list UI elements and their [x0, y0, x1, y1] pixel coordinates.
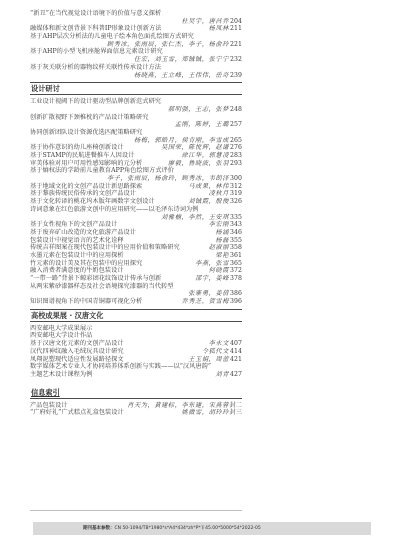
article-title[interactable]: 基于女性视角下的文创产品设计: [30, 221, 117, 229]
toc-entry[interactable]: 传统吉祥图案在现代包装设计中的应用价值和策略研究赵淑丽358: [30, 244, 242, 252]
article-authors: 凌秋月: [209, 190, 229, 198]
article-page-number: 293: [230, 160, 242, 168]
article-authors: 杨晓燕，王立峰，王伟伟，岳奇: [134, 72, 229, 80]
article-title[interactable]: “广府好礼”广式糕点礼盒包装设计: [30, 409, 124, 417]
article-page-number: 346: [230, 229, 242, 237]
article-authors: 徐江华，郭慧凌: [181, 152, 229, 160]
toc-entry[interactable]: 融入消费者满意度的牛奶包装设计何晓霞372: [30, 267, 242, 275]
article-authors: 李宏刚: [209, 221, 229, 229]
toc-entry-title-line: 基于熵权法的学龄前儿童教育APP角色绘图方式评价: [30, 167, 242, 175]
article-title[interactable]: 基于黎族传统民俗传承的文创产品设计: [30, 190, 136, 198]
article-authors: 孟刚，陈婷，王璐: [175, 121, 229, 129]
article-page-number: 407: [230, 340, 242, 348]
toc-entry[interactable]: 创新扩散视野下颈椎枕的产品设计策略研究孟刚，陈婷，王璐257: [30, 114, 242, 129]
toc-entry[interactable]: 基于黎族传统民俗传承的文创产品设计凌秋月319: [30, 190, 242, 198]
article-title[interactable]: “一带一路”背景下鲸彩团花纹饰设计传承与创新: [30, 275, 161, 283]
article-title[interactable]: 基于熵权法的学龄前儿童教育APP角色绘图方式评价: [30, 167, 174, 175]
toc-entry-title-line: 工业设计视阈下的设计驱动型品牌创新范式研究: [30, 98, 242, 106]
toc-entry-title-line: “新丑”在当代视觉设计语境下的价值与意义探析: [30, 10, 242, 18]
article-page-number: 319: [230, 190, 242, 198]
toc-entry[interactable]: 诗词意象在红色旅游文创中的应用研究——以毛泽东诗词为例刘雅楠，李然，王安琪335: [30, 206, 242, 221]
toc-entry-author-line: 杨晓燕，王立峰，王伟伟，岳奇239: [30, 72, 242, 80]
toc-entry[interactable]: 基于协作意识的幼儿座椅创新设计吴国荣，陈悦辉，赵谦276: [30, 144, 242, 152]
article-title[interactable]: 主题艺术设计课程为例: [30, 371, 92, 379]
article-authors: 杨凤林: [209, 25, 229, 33]
article-title[interactable]: 西安邮电大学设计作品: [30, 332, 92, 340]
article-page-number: 211: [230, 25, 242, 33]
toc-entry-author-line: 任宏，刘玉雪，郑铖铖，张宁宁232: [30, 56, 242, 64]
toc-entry[interactable]: 基于灰关联分析的器物纹样关联性传承设计方法杨晓燕，王立峰，王伟伟，岳奇239: [30, 64, 242, 79]
toc-entry[interactable]: 水墨元素在包装设计中的应用探析梁艳361: [30, 252, 242, 260]
article-authors: 刘青: [215, 371, 229, 379]
article-page-number: 326: [230, 198, 242, 206]
article-title[interactable]: 传统吉祥图案在现代包装设计中的应用价值和策略研究: [30, 244, 180, 252]
article-authors: 乔秀芝，贺雪梅: [181, 298, 229, 306]
article-title[interactable]: 工业设计视阈下的设计驱动型品牌创新范式研究: [30, 98, 161, 106]
article-authors: 李永文: [209, 340, 229, 348]
toc-entry[interactable]: 基于女性视角下的文创产品设计李宏刚343: [30, 221, 242, 229]
article-page-number: 312: [230, 183, 242, 191]
article-page-number: 427: [230, 371, 242, 379]
article-authors: 刘铖霞，殷俊: [188, 198, 229, 206]
article-title[interactable]: 基于废弃矿山改造的文化旅游产品设计: [30, 229, 136, 237]
article-authors: 杨涵: [215, 229, 229, 237]
article-title[interactable]: 基于文化转译的桃花坞木版年画数字文创设计: [30, 198, 155, 206]
article-authors: 赵淑丽: [209, 244, 229, 252]
section-heading: 设计研讨: [30, 82, 242, 95]
article-authors: 何晓霞: [209, 267, 229, 275]
article-page-number: 239: [230, 72, 242, 80]
article-authors: 廖毅，鲁晓波，张羽: [168, 160, 229, 168]
toc-entry[interactable]: “广府好礼”广式糕点礼盒包装设计姚微雪，胡玲玲封三: [30, 409, 242, 417]
article-page-number: 221: [230, 41, 242, 49]
article-authors: 任宏，刘玉雪，郑铖铖，张宁宁: [134, 56, 229, 64]
article-title[interactable]: 水墨元素在包装设计中的应用探析: [30, 252, 124, 260]
article-page-number: 358: [230, 244, 242, 252]
article-title[interactable]: 基于STAMP的民航进餐推车人因设计: [30, 152, 134, 160]
article-page-number: 421: [230, 356, 242, 364]
article-page-number: 372: [230, 267, 242, 275]
article-authors: 梁艳: [215, 252, 229, 260]
article-title[interactable]: 基于汉唐文化元素的文创产品设计: [30, 340, 124, 348]
article-page-number: 343: [230, 221, 242, 229]
article-title[interactable]: 基于AHP层次分析法的儿童电子绘本角色面孔绘图方式研究: [30, 33, 194, 41]
article-title[interactable]: 协同创新团队设计资源优选匹配策略研究: [30, 129, 142, 137]
toc-entry-title-line: 基于灰关联分析的器物纹样关联性传承设计方法: [30, 64, 242, 72]
article-page-number: 386: [230, 290, 242, 298]
section-heading: 信息索引: [30, 387, 242, 399]
toc-entry[interactable]: 基于熵权法的学龄前儿童教育APP角色绘图方式评价李子，张雨辰，杨俞玲，顾秀冰，韦…: [30, 167, 242, 182]
toc-entry[interactable]: 西安邮电大学设计作品: [30, 332, 242, 340]
article-title[interactable]: 从两宋紫砂漆器样态及社会语境探究漆器的当代转型: [30, 283, 173, 291]
toc-entry-author-line: 孟刚，陈婷，王璐257: [30, 121, 242, 129]
article-title[interactable]: 知识图谱视角下的中国青铜器可视化分析: [30, 298, 142, 306]
article-title[interactable]: 创新扩散视野下颈椎枕的产品设计策略研究: [30, 114, 149, 122]
toc-entry-author-line: 张寨勇，姜倩386: [30, 290, 242, 298]
article-authors: 令狐代文: [202, 348, 229, 356]
toc-entry[interactable]: 工业设计视阈下的设计驱动型品牌创新范式研究郝明强，王志，张梦248: [30, 98, 242, 113]
toc-entry-author-line: 李子，张雨辰，杨俞玲，顾秀冰，韦朗泽300: [30, 175, 242, 183]
article-page-number: 封三: [230, 409, 242, 417]
article-page-number: 355: [230, 237, 242, 245]
journal-parameters-bar: 期刊基本参数：CN 50-1094/TB*1980*s*A4*434*zh*P*…: [33, 522, 371, 535]
toc-entry-title-line: 协同创新团队设计资源优选匹配策略研究: [30, 129, 242, 137]
article-page-number: 257: [230, 121, 242, 129]
article-title[interactable]: 融媒体和新文创背景下科普IP形象设计创新方法: [30, 25, 161, 33]
article-page-number: 283: [230, 152, 242, 160]
article-page-number: 365: [230, 260, 242, 268]
article-page-number: 396: [230, 298, 242, 306]
toc-entry-title-line: 诗词意象在红色旅游文创中的应用研究——以毛泽东诗词为例: [30, 206, 242, 214]
toc-entry-author-line: 郝明强，王志，张梦248: [30, 106, 242, 114]
article-page-number: 414: [230, 348, 242, 356]
article-page-number: 300: [230, 175, 242, 183]
article-authors: 吴国荣，陈悦辉，赵谦: [161, 144, 229, 152]
toc-entry[interactable]: “新丑”在当代视觉设计语境下的价值与意义探析杜昊宇，唐昌乔204: [30, 10, 242, 25]
toc-entry[interactable]: 基于文化转译的桃花坞木版年画数字文创设计刘铖霞，殷俊326: [30, 198, 242, 206]
toc-entry[interactable]: 融媒体和新文创背景下科普IP形象设计创新方法杨凤林211: [30, 25, 242, 33]
article-title[interactable]: 汉代四神纹融入毛绒玩具设计研究: [30, 348, 124, 356]
toc-entry-title-line: 基于AHP的小型飞机座舱界面信息元素设计研究: [30, 48, 242, 56]
toc-entry-title-line: 基于AHP层次分析法的儿童电子绘本角色面孔绘图方式研究: [30, 33, 242, 41]
article-page-number: 265: [230, 137, 242, 145]
article-authors: 郝明强，王志，张梦: [168, 106, 229, 114]
article-title[interactable]: 数字媒体艺术专业人才协同培养体系创新与实践——以“汉风唐韵”: [30, 363, 211, 371]
article-title[interactable]: 基于协作意识的幼儿座椅创新设计: [30, 144, 124, 152]
toc-entry[interactable]: “一带一路”背景下鲸彩团花纹饰设计传承与创新邵宇，姜峰378: [30, 275, 242, 283]
section-heading: 高校成果展 · 汉唐文化: [30, 309, 242, 322]
article-page-number: 232: [230, 56, 242, 64]
article-page-number: 378: [230, 275, 242, 283]
toc-entry[interactable]: 从两宋紫砂漆器样态及社会语境探究漆器的当代转型张寨勇，姜倩386: [30, 283, 242, 298]
article-page-number: 361: [230, 252, 242, 260]
toc-entry[interactable]: 基于AHP层次分析法的儿童电子绘本角色面孔绘图方式研究顾秀冰，张雨辰，张仁杰，李…: [30, 33, 242, 48]
article-title[interactable]: 基于灰关联分析的器物纹样关联性传承设计方法: [30, 64, 161, 72]
article-title[interactable]: “新丑”在当代视觉设计语境下的价值与意义探析: [30, 10, 161, 18]
table-of-contents: “新丑”在当代视觉设计语境下的价值与意义探析杜昊宇，唐昌乔204融媒体和新文创背…: [30, 10, 242, 417]
toc-entry[interactable]: 基于AHP的小型飞机座舱界面信息元素设计研究任宏，刘玉雪，郑铖铖，张宁宁232: [30, 48, 242, 63]
toc-entry[interactable]: 基于STAMP的民航进餐推车人因设计徐江华，郭慧凌283: [30, 152, 242, 160]
article-page-number: 276: [230, 144, 242, 152]
toc-entry[interactable]: 基于汉唐文化元素的文创产品设计李永文407: [30, 340, 242, 348]
article-title[interactable]: 基于AHP的小型飞机座舱界面信息元素设计研究: [30, 48, 163, 56]
article-page-number: 335: [230, 214, 242, 222]
article-authors: 邵宇，姜峰: [195, 275, 229, 283]
divider: [30, 510, 242, 511]
toc-entry[interactable]: 汉代四神纹融入毛绒玩具设计研究令狐代文414: [30, 348, 242, 356]
toc-entry[interactable]: 知识图谱视角下的中国青铜器可视化分析乔秀芝，贺雪梅396: [30, 298, 242, 306]
article-page-number: 248: [230, 106, 242, 114]
journal-parameters-label: 期刊基本参数：: [83, 526, 115, 531]
article-authors: 张寨勇，姜倩: [188, 290, 229, 298]
toc-entry[interactable]: 数字媒体艺术专业人才协同培养体系创新与实践——以“汉风唐韵”: [30, 363, 242, 371]
toc-entry[interactable]: 基于废弃矿山改造的文化旅游产品设计杨涵346: [30, 229, 242, 237]
article-page-number: 204: [230, 18, 242, 26]
toc-entry[interactable]: 主题艺术设计课程为例刘青427: [30, 371, 242, 379]
article-title[interactable]: 诗词意象在红色旅游文创中的应用研究——以毛泽东诗词为例: [30, 206, 198, 214]
article-title[interactable]: 融入消费者满意度的牛奶包装设计: [30, 267, 124, 275]
toc-entry[interactable]: 协同创新团队设计资源优选匹配策略研究杨梅，郭皓月，侯肯刚，李雪成265: [30, 129, 242, 144]
article-authors: 姚微雪，胡玲玲: [181, 409, 229, 417]
article-authors: 李子，张雨辰，杨俞玲，顾秀冰，韦朗泽: [107, 175, 229, 183]
journal-parameters-value: CN 50-1094/TB*1980*s*A4*434*zh*P*￥45.00*…: [115, 526, 261, 531]
